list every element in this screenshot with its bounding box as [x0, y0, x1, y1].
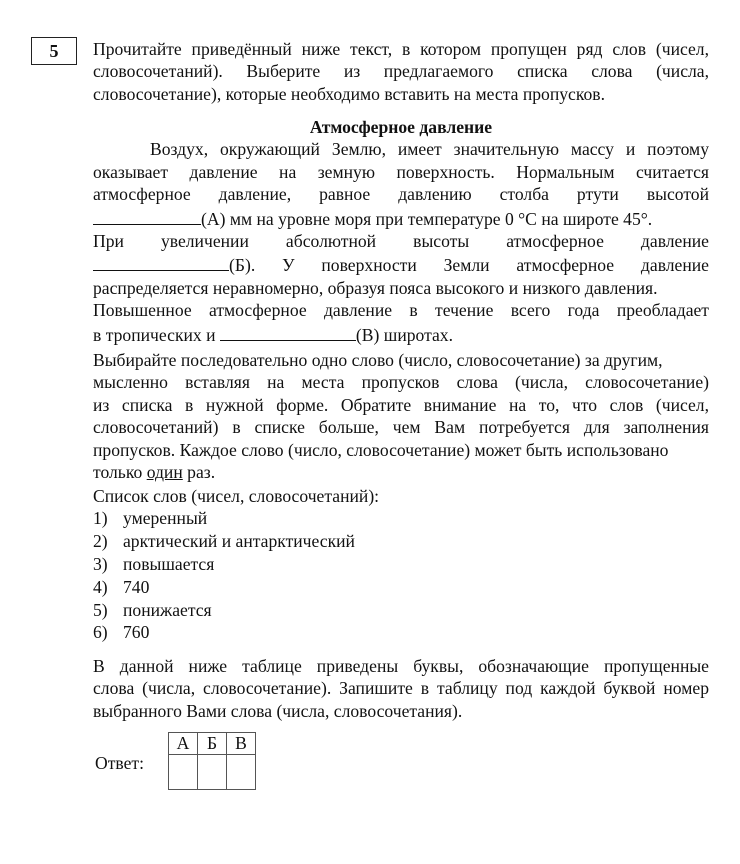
answer-column-c: В [227, 733, 256, 755]
task-number: 5 [50, 41, 59, 61]
passage-line: При увеличении абсолютной высоты атмосфе… [93, 230, 709, 252]
word-list-item: 5)понижается [93, 599, 709, 622]
gap-a-after: мм на уровне моря при температуре 0 °С н… [225, 209, 652, 229]
instruction-line: словосочетаний). Выберите из предлагаемо… [93, 60, 709, 82]
gap-a-marker: (А) [201, 209, 225, 229]
passage-line: распределяется неравномерно, образуя поя… [93, 277, 709, 299]
word-list-item: 3)повышается [93, 553, 709, 576]
gap-c-marker: (В) [356, 325, 379, 345]
instruction-line: Прочитайте приведённый ниже текст, в кот… [93, 38, 709, 60]
emphasis-one: один [147, 462, 183, 482]
passage-line-gap-b: (Б). У поверхности Земли атмосферное дав… [93, 252, 709, 276]
table-instructions-line: В данной ниже таблице приведены буквы, о… [93, 655, 709, 677]
instructions-line: словосочетаний) в списке больше, чем Вам… [93, 416, 709, 438]
instructions-last-line: только один раз. [93, 461, 709, 483]
selection-instructions: Выбирайте последовательно одно слово (чи… [93, 349, 709, 483]
word-list-item: 6)760 [93, 621, 709, 644]
gap-c-blank[interactable] [220, 322, 356, 341]
task-instruction: Прочитайте приведённый ниже текст, в кот… [93, 38, 709, 105]
passage-title: Атмосферное давление [93, 116, 709, 138]
gap-a-blank[interactable] [93, 206, 201, 225]
word-list: Список слов (чисел, словосочетаний): 1)у… [93, 485, 709, 644]
last-line-before: только [93, 462, 147, 482]
answer-cell-b[interactable] [198, 755, 227, 790]
instructions-line: Выбирайте последовательно одно слово (чи… [93, 349, 709, 371]
last-line-after: раз. [183, 462, 215, 482]
passage-line-gap-a: (А) мм на уровне моря при температуре 0 … [93, 206, 709, 230]
passage: Атмосферное давление Воздух, окружающий … [93, 116, 709, 346]
passage-line: Повышенное атмосферное давление в течени… [93, 299, 709, 321]
passage-line-gap-c: в тропических и (В) широтах. [93, 322, 709, 346]
table-instructions-line: выбранного Вами слова (числа, словосочет… [93, 700, 709, 722]
gap-b-blank[interactable] [93, 252, 229, 271]
passage-line: атмосферное давление, равное давлению ст… [93, 183, 709, 205]
gap-b-after: У поверхности Земли атмосферное давление [255, 255, 709, 275]
table-instructions: В данной ниже таблице приведены буквы, о… [93, 655, 709, 722]
answer-cell-a[interactable] [169, 755, 198, 790]
answer-cell-c[interactable] [227, 755, 256, 790]
instruction-line: словосочетание), которые необходимо вста… [93, 83, 709, 105]
task-number-box: 5 [31, 37, 77, 65]
instructions-line: пропусков. Каждое слово (число, словосоч… [93, 439, 709, 461]
instructions-line: мысленно вставляя на места пропусков сло… [93, 371, 709, 393]
gap-b-marker: (Б). [229, 255, 255, 275]
answer-column-a: А [169, 733, 198, 755]
gap-c-before: в тропических и [93, 325, 220, 345]
answer-label: Ответ: [95, 752, 144, 774]
word-list-item: 2)арктический и антарктический [93, 530, 709, 553]
answer-column-b: Б [198, 733, 227, 755]
table-instructions-line: слова (числа, словосочетание). Запишите … [93, 677, 709, 699]
gap-c-after: широтах. [379, 325, 453, 345]
word-list-item: 4)740 [93, 576, 709, 599]
instructions-line: из списка в нужной форме. Обратите внима… [93, 394, 709, 416]
passage-line: Воздух, окружающий Землю, имеет значител… [93, 138, 709, 160]
word-list-item: 1)умеренный [93, 507, 709, 530]
word-list-heading: Список слов (чисел, словосочетаний): [93, 485, 709, 507]
word-list-items: 1)умеренный 2)арктический и антарктическ… [93, 507, 709, 644]
answer-table: А Б В [168, 732, 256, 790]
passage-line: оказывает давление на земную поверхность… [93, 161, 709, 183]
